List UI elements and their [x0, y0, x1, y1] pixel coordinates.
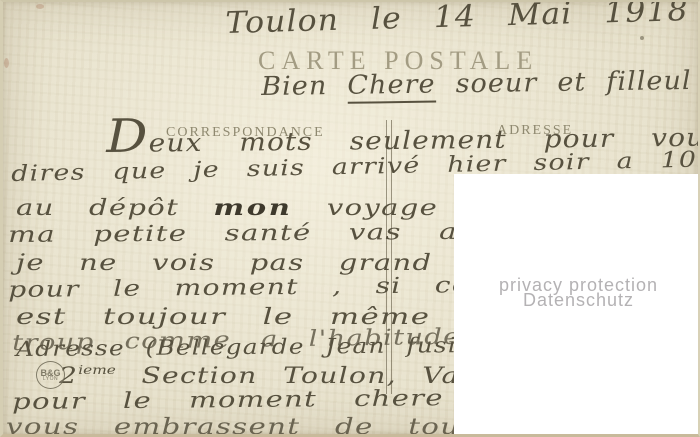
privacy-overlay-text: privacy protection Datenschutz — [454, 278, 700, 307]
stamp-bottom-text: LYON — [43, 377, 58, 382]
salutation-line: Bien Chere soeur et filleul — [261, 66, 692, 102]
handwritten-date-line: Toulon le 14 Mai 1918 — [225, 0, 689, 41]
salutation-underlined-word: Chere — [347, 70, 436, 104]
paper-speck — [36, 4, 44, 9]
ink-dot — [640, 36, 644, 40]
publisher-stamp-icon: B&G LYON — [36, 361, 65, 389]
ordinal-superscript: ieme — [78, 363, 116, 377]
privacy-overlay: privacy protection Datenschutz — [454, 174, 700, 437]
postcard-scan: Toulon le 14 Mai 1918 CARTE POSTALE Bien… — [0, 0, 700, 437]
message-fragment: au dépôt — [16, 196, 213, 221]
salutation-suffix: soeur et filleul — [435, 66, 691, 100]
message-line: Adresse (Bellegarde Jean fusili — [16, 333, 475, 361]
privacy-line-de: Datenschutz — [454, 293, 700, 308]
message-bold-word: mon — [213, 195, 292, 221]
paper-speck — [4, 58, 9, 68]
salutation-prefix: Bien — [261, 71, 348, 102]
